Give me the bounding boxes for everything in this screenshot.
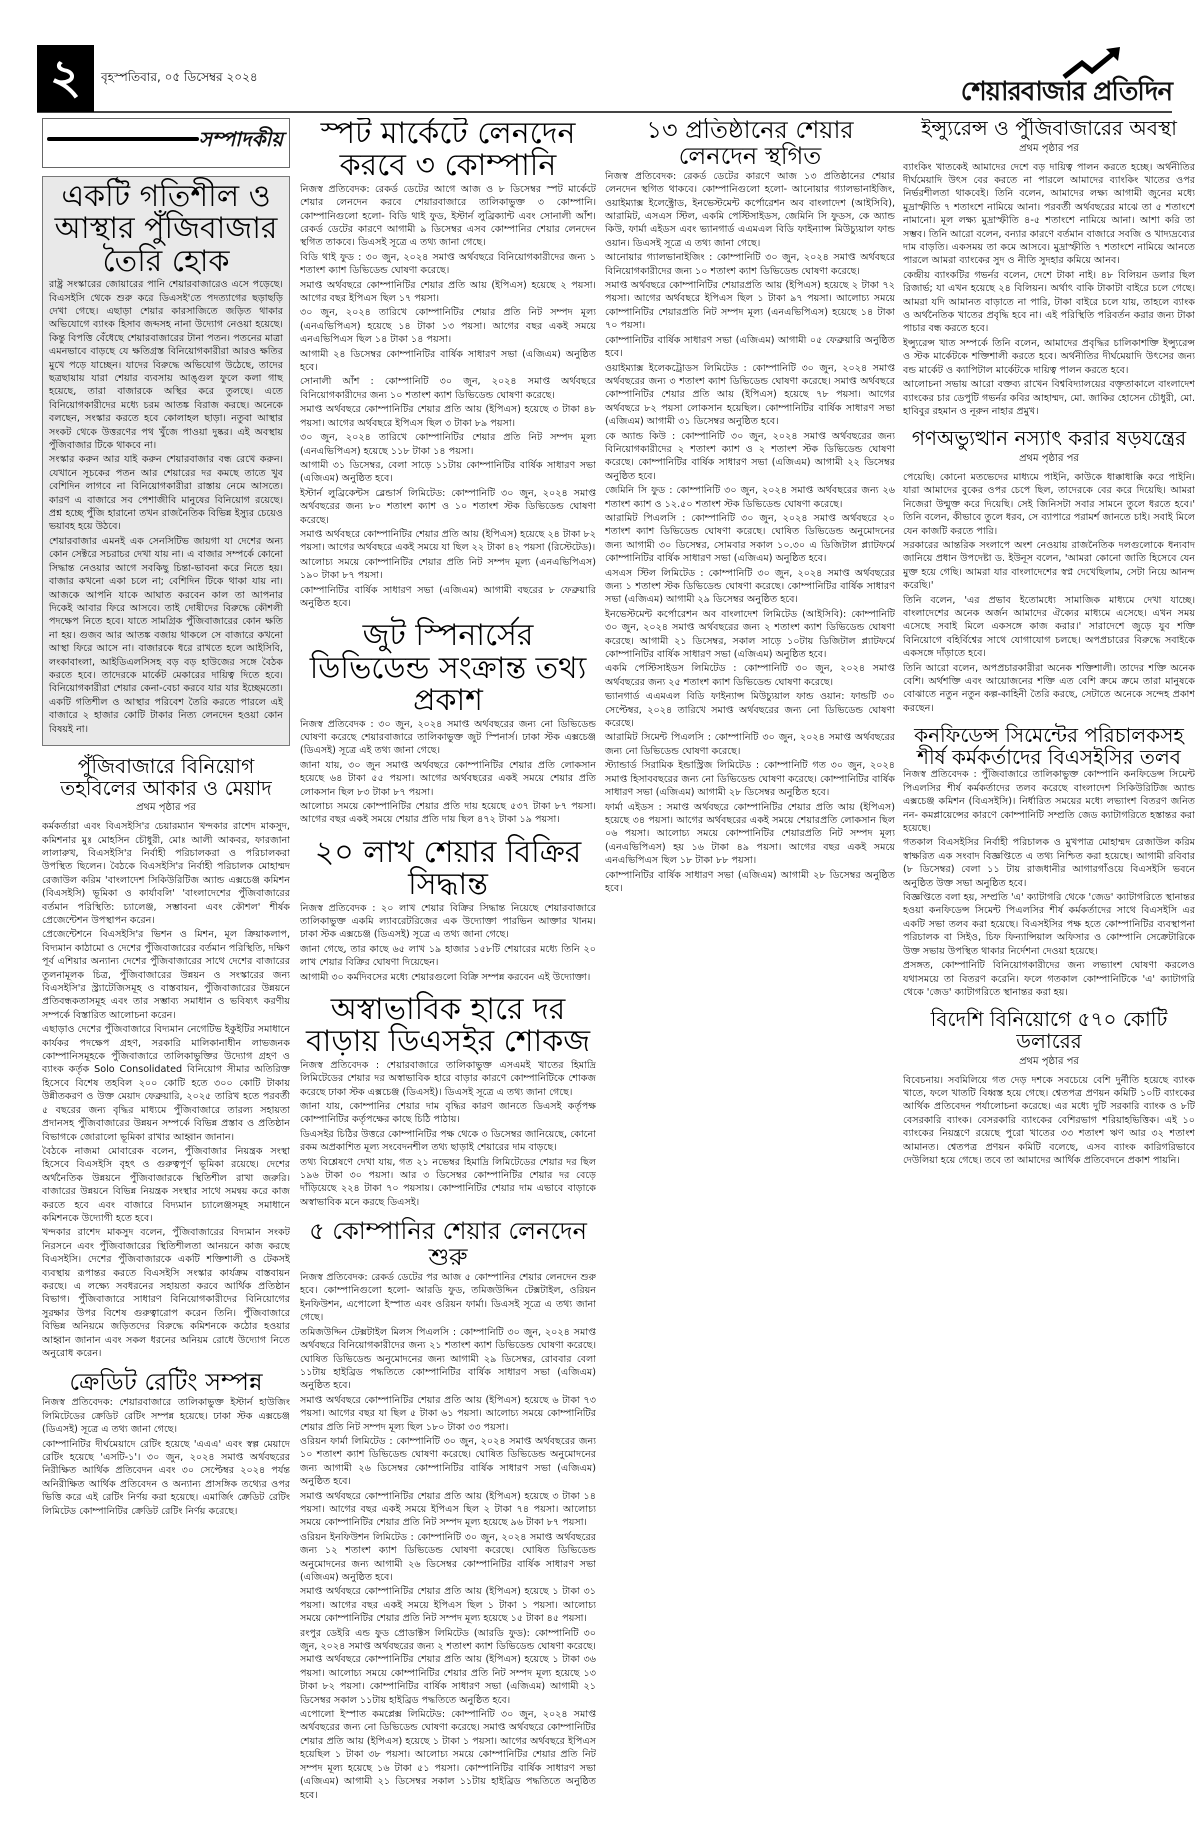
article-paragraph: ভ্যানগার্ড এএমএল বিডি ফাইন্যান্স মিউচ্যু…	[605, 690, 895, 730]
article-paragraph: শেয়ারবাজার এমনই এক সেনসিটিভ জায়গা যা দ…	[49, 535, 283, 736]
article-paragraph: সমাপ্ত অর্থবছরে কোম্পানিটির শেয়ার প্রতি…	[300, 528, 596, 555]
article-foreign-investment: বিদেশি বিনিয়োগে ৫৭০ কোটি ডলারের প্রথম প…	[903, 1009, 1195, 1167]
editorial-label-box: সম্পাদকীয়	[42, 118, 290, 168]
article-headline: ২০ লাখ শেয়ার বিক্রির সিদ্ধান্ত	[300, 837, 596, 902]
article-paragraph: নিজস্ব প্রতিবেদক : ২০ লাখ শেয়ার বিক্রির…	[300, 902, 596, 942]
article-paragraph: আরামিট সিমেন্ট পিএলসি : কোম্পানিটি ৩০ জু…	[605, 731, 895, 758]
article-paragraph: ব্যাংকিং খাতকেই আমাদের দেশে বড় দায়িত্ব…	[903, 161, 1195, 268]
article-show-cause: অস্বাভাবিক হারে দর বাড়ায় ডিএসইর শোকজ ন…	[300, 994, 596, 1209]
article-paragraph: ওরিয়ন ফার্মা লিমিটেড : কোম্পানিটি ৩০ জু…	[300, 1435, 596, 1489]
newspaper-logo: শেয়ারবাজার প্রতিদিন	[961, 53, 1172, 109]
article-paragraph: সমাপ্ত অর্থবছরে কোম্পানিটির শেয়ার প্রতি…	[300, 1585, 596, 1625]
article-paragraph: প্রেজেন্টেশনে বিএসইসি'র ভিশন ও মিশন, মূল…	[42, 928, 290, 1022]
article-paragraph: ওরিয়ন ইনফিউশন লিমিটেড : কোম্পানিটি ৩০ জ…	[300, 1531, 596, 1585]
article-paragraph: ৩০ জুন, ২০২৪ তারিখে কোম্পানিটির শেয়ার প…	[300, 431, 596, 458]
article-share-sale: ২০ লাখ শেয়ার বিক্রির সিদ্ধান্ত নিজস্ব প…	[300, 837, 596, 984]
column-1: সম্পাদকীয় একটি গতিশীল ও আস্থার পুঁজিবাজ…	[42, 118, 290, 1843]
publication-date: বৃহস্পতিবার, ০৫ ডিসেম্বর ২০২৪	[101, 69, 258, 89]
article-paragraph: জানা যায়, কোম্পানির শেয়ার দাম বৃদ্ধির …	[300, 1100, 596, 1127]
article-insurance: ইন্স্যুরেন্স ও পুঁজিবাজারের অবস্থা প্রথম…	[903, 118, 1195, 418]
article-paragraph: বিবেচনায়। সবমিলিয়ে গত দেড় দশকে সবচেয়…	[903, 1074, 1195, 1168]
continued-label: প্রথম পৃষ্ঠার পর	[903, 451, 1195, 468]
article-spot-market: স্পট মার্কেটে লেনদেন করবে ৩ কোম্পানি নিজ…	[300, 118, 596, 610]
article-paragraph: সমাপ্ত অর্থবছরে কোম্পানিটির শেয়ার প্রতি…	[300, 403, 596, 430]
article-headline: জুট স্পিনার্সের ডিভিডেন্ড সংক্রান্ত তথ্য…	[300, 620, 596, 717]
article-paragraph: কোম্পানিটির বার্ষিক সাধারণ সভা (এজিএম) আ…	[605, 334, 895, 361]
article-paragraph: কোম্পানিটির বার্ষিক সাধারণ সভা (এজিএম) আ…	[300, 584, 596, 611]
trend-arrow-icon	[1062, 47, 1122, 81]
article-paragraph: কে অ্যান্ড কিউ : কোম্পানিটি ৩০ জুন, ২০২৪…	[605, 430, 895, 484]
article-trading-resume: ৫ কোম্পানির শেয়ার লেনদেন শুরু নিজস্ব প্…	[300, 1219, 596, 1802]
article-headline: বিদেশি বিনিয়োগে ৫৭০ কোটি ডলারের	[903, 1009, 1195, 1052]
article-paragraph: আগামী ২৪ ডিসেম্বর কোম্পানিটির বার্ষিক সা…	[300, 348, 596, 375]
article-paragraph: নিজস্ব প্রতিবেদক: রেকর্ড ডেটের পর আজ ৫ ক…	[300, 1271, 596, 1325]
article-paragraph: কোম্পানিটির দীর্ঘমেয়াদে রেটিং হয়েছে 'এ…	[42, 1438, 290, 1518]
article-jute-spinners: জুট স্পিনার্সের ডিভিডেন্ড সংক্রান্ত তথ্য…	[300, 620, 596, 826]
editorial-article: একটি গতিশীল ও আস্থার পুঁজিবাজার তৈরি হোক…	[42, 176, 290, 746]
column-4: ইন্স্যুরেন্স ও পুঁজিবাজারের অবস্থা প্রথম…	[903, 118, 1195, 1843]
page-number: ২	[37, 45, 94, 112]
article-fund-size: পুঁজিবাজারে বিনিয়োগ তহবিলের আকার ও মেয়…	[42, 756, 290, 1360]
article-paragraph: আলোচনা সভায় আরো বক্তব্য রাখেন বিশ্ববিদ্…	[903, 378, 1195, 418]
article-paragraph: নিজস্ব প্রতিবেদক: রেকর্ড ডেটের আগে আজ ও …	[300, 183, 596, 250]
article-paragraph: ৩০ জুন, ২০২৪ তারিখে কোম্পানিটির শেয়ার প…	[300, 306, 596, 346]
article-headline: ক্রেডিট রেটিং সম্পন্ন	[42, 1370, 290, 1396]
article-paragraph: ইনভেস্টমেন্ট কর্পোরেশন অব বাংলাদেশ লিমিট…	[605, 608, 895, 662]
article-paragraph: গতকাল বিএসইসির নির্বাহী পরিচালক ও মুখপাত…	[903, 836, 1195, 890]
article-paragraph: ওয়াইম্যাক্স ইলেকট্রোডস লিমিটেড : কোম্পা…	[605, 362, 895, 429]
article-paragraph: বিজ্ঞপ্তিতে বলা হয়, সম্প্রতি 'এ' ক্যাটা…	[903, 891, 1195, 958]
section-label: সম্পাদকীয়	[199, 125, 283, 158]
continued-label: প্রথম পৃষ্ঠার পর	[903, 141, 1195, 158]
article-paragraph: খন্দকার রাশেদ মাকসুদ বলেন, পুঁজিবাজারের …	[42, 1226, 290, 1360]
article-paragraph: ফার্মা এইডস : সমাপ্ত অর্থবছরে কোম্পানিটি…	[605, 801, 895, 868]
article-paragraph: জেমিনি সি ফুড : কোম্পানিটি ৩০ জুন, ২০২৪ …	[605, 484, 895, 511]
article-paragraph: সোনালী আঁশ : কোম্পানিটি ৩০ জুন, ২০২৪ সমা…	[300, 375, 596, 402]
article-paragraph: প্রসঙ্গত, কোম্পানিটি বিনিয়োগকারীদের জন্…	[903, 959, 1195, 999]
newspaper-name: শেয়ারবাজার প্রতিদিন	[961, 79, 1172, 109]
decorative-brush-stroke	[47, 137, 199, 141]
article-paragraph: তিনি বলেন, 'এর প্রভাব ইতোমধ্যে সামাজিক ম…	[903, 594, 1195, 661]
article-paragraph: নিজস্ব প্রতিবেদক : শেয়ারবাজারে তালিকাভু…	[300, 1059, 596, 1099]
article-uprising: গণঅভ্যুত্থান নস্যাৎ করার ষড়যন্ত্রের প্র…	[903, 428, 1195, 715]
continued-label: প্রথম পৃষ্ঠার পর	[42, 800, 290, 817]
article-paragraph: বিডি থাই ফুড : ৩০ জুন, ২০২৪ সমাপ্ত অর্থব…	[300, 251, 596, 278]
article-paragraph: নিজস্ব প্রতিবেদক: রেকর্ড ডেটের কারণে আজ …	[605, 170, 895, 250]
article-paragraph: এসএস স্টিল লিমিটেড : কোম্পানিটি ৩০ জুন, …	[605, 567, 895, 607]
article-headline: কনফিডেন্স সিমেন্টের পরিচালকসহ শীর্ষ কর্ম…	[903, 725, 1195, 768]
article-confidence-cement: কনফিডেন্স সিমেন্টের পরিচালকসহ শীর্ষ কর্ম…	[903, 725, 1195, 999]
article-paragraph: এছাড়াও দেশের পুঁজিবাজারে বিদ্যমান নেগেট…	[42, 1023, 290, 1144]
article-paragraph: পেয়েছি। কোনো মতভেদের মাধ্যমে পাইনি, কাউ…	[903, 471, 1195, 538]
article-headline: একটি গতিশীল ও আস্থার পুঁজিবাজার তৈরি হোক	[49, 181, 283, 278]
article-paragraph: কেন্দ্রীয় ব্যাংকটির গভর্নর বলেন, দেশে ট…	[903, 269, 1195, 336]
article-paragraph: তথ্য বিশ্লেষণে দেখা যায়, গত ২১ নভেম্বর …	[300, 1156, 596, 1210]
article-headline: পুঁজিবাজারে বিনিয়োগ তহবিলের আকার ও মেয়…	[42, 756, 290, 799]
article-paragraph: সমাপ্ত অর্থবছরে কোম্পানিটির শেয়ার প্রতি…	[300, 279, 596, 306]
article-paragraph: রাষ্ট্র সংস্কারের জোয়ারের পানি শেয়ারবা…	[49, 278, 283, 452]
article-credit-rating: ক্রেডিট রেটিং সম্পন্ন নিজস্ব প্রতিবেদক: …	[42, 1370, 290, 1518]
continued-label: প্রথম পৃষ্ঠার পর	[903, 1054, 1195, 1071]
article-paragraph: সমাপ্ত অর্থবছরে কোম্পানিটির শেয়ারপ্রতি …	[605, 279, 895, 333]
article-paragraph: রংপুর ডেইরি এন্ড ফুড প্রোডাক্টস লিমিটেড …	[300, 1627, 596, 1707]
article-paragraph: আলোচ্য সময়ে কোম্পানিটির শেয়ার প্রতি নি…	[300, 556, 596, 583]
article-paragraph: কর্মকর্তারা এবং বিএসইসি'র চেয়ারম্যান খন…	[42, 820, 290, 927]
article-paragraph: সমাপ্ত অর্থবছরে কোম্পানিটির শেয়ার প্রতি…	[300, 1394, 596, 1434]
article-paragraph: তিনি আরো বলেন, অপপ্রচারকারীরা অনেক শক্তি…	[903, 662, 1195, 716]
article-headline: অস্বাভাবিক হারে দর বাড়ায় ডিএসইর শোকজ	[300, 994, 596, 1059]
article-paragraph: নিজস্ব প্রতিবেদক: শেয়ারবাজারে তালিকাভুক…	[42, 1396, 290, 1436]
article-paragraph: আরামিট পিএলসি : কোম্পানিটি ৩০ জুন, ২০২৪ …	[605, 512, 895, 566]
article-headline: স্পট মার্কেটে লেনদেন করবে ৩ কোম্পানি	[300, 118, 596, 183]
article-paragraph: বৈঠকে নাজমা মোবারেক বলেন, পুঁজিবাজার নিয…	[42, 1145, 290, 1225]
article-paragraph: ইন্স্যুরেন্স খাত সম্পর্কে তিনি বলেন, আমা…	[903, 337, 1195, 377]
article-headline: ১৩ প্রতিষ্ঠানের শেয়ার লেনদেন স্থগিত	[605, 118, 895, 170]
article-paragraph: নিজস্ব প্রতিবেদক : ৩০ জুন, ২০২৪ সমাপ্ত অ…	[300, 718, 596, 758]
article-paragraph: স্ট্যান্ডার্ড সিরামিক ইন্ডাস্ট্রিজ লিমিট…	[605, 759, 895, 799]
article-paragraph: তমিজউদ্দিন টেক্সটাইল মিলস পিএলসি : কোম্প…	[300, 1326, 596, 1393]
article-paragraph: আগামী ৩০ কর্মদিবসের মধ্যে শেয়ারগুলো বিক…	[300, 971, 596, 984]
column-2: স্পট মার্কেটে লেনদেন করবে ৩ কোম্পানি নিজ…	[300, 118, 596, 1843]
article-paragraph: কোম্পানিটির বার্ষিক সাধারণ সভা (এজিএম) আ…	[605, 869, 895, 896]
column-3: ১৩ প্রতিষ্ঠানের শেয়ার লেনদেন স্থগিত নিজ…	[605, 118, 895, 1843]
article-paragraph: নিজস্ব প্রতিবেদক : পুঁজিবাজারে তালিকাভুক…	[903, 768, 1195, 835]
article-paragraph: একমি পেস্টিসাইডস লিমিটেড : কোম্পানিটি ৩০…	[605, 662, 895, 689]
article-headline: ৫ কোম্পানির শেয়ার লেনদেন শুরু	[300, 1219, 596, 1271]
article-paragraph: আলোচ্য সময়ে কোম্পানিটির শেয়ার প্রতি দা…	[300, 800, 596, 827]
article-paragraph: সংস্কার করুন আর যাই করুন শেয়ারবাজার বন্…	[49, 453, 283, 533]
article-headline: গণঅভ্যুত্থান নস্যাৎ করার ষড়যন্ত্রের	[903, 428, 1195, 450]
masthead: ২ বৃহস্পতিবার, ০৫ ডিসেম্বর ২০২৪ শেয়ারবা…	[37, 45, 1172, 113]
article-paragraph: আগামী ৩১ ডিসেম্বর, বেলা সাড়ে ১১টায় কোম…	[300, 459, 596, 486]
article-paragraph: এপোলো ইস্পাত কমপ্লেক্স লিমিটেড: কোম্পানি…	[300, 1708, 596, 1802]
article-paragraph: ইস্টার্ন লুব্রিকেন্টস ব্লেন্ডার্স লিমিটে…	[300, 487, 596, 527]
article-paragraph: জানা গেছে, তার কাছে ৬৫ লাখ ১৯ হাজার ১৫৮ট…	[300, 943, 596, 970]
article-paragraph: ডিএসইর চিঠির উত্তরে কোম্পানিটির পক্ষ থেক…	[300, 1128, 596, 1155]
article-paragraph: আনোয়ার গ্যালভানাইজিং : কোম্পানিটি ৩০ জু…	[605, 251, 895, 278]
article-headline: ইন্স্যুরেন্স ও পুঁজিবাজারের অবস্থা	[903, 118, 1195, 140]
article-paragraph: জানা যায়, ৩০ জুন সমাপ্ত অর্থবছরে কোম্পা…	[300, 759, 596, 799]
article-halted-13: ১৩ প্রতিষ্ঠানের শেয়ার লেনদেন স্থগিত নিজ…	[605, 118, 895, 895]
article-paragraph: সমাপ্ত অর্থবছরে কোম্পানিটির শেয়ার প্রতি…	[300, 1490, 596, 1530]
article-paragraph: সরকারের আন্তরিক সংলাপে অংশ নেওয়ায় রাজন…	[903, 539, 1195, 593]
